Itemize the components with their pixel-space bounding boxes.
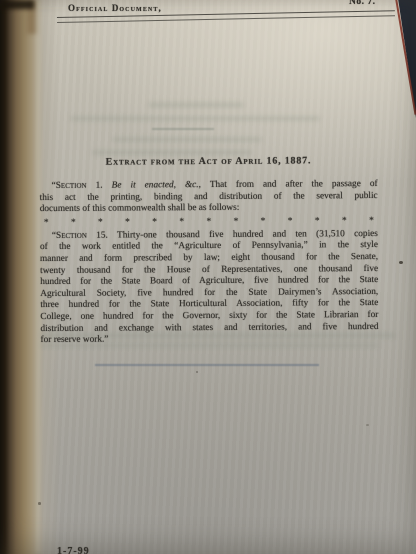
show-through-text [92, 150, 252, 155]
book-page-photo: Official Document, No. 7. Extract from t… [0, 0, 416, 554]
show-through-text [148, 102, 244, 108]
paper-speck [196, 371, 198, 373]
ellipsis-asterisk-row: * * * * * * * * * * * * * [44, 215, 374, 229]
document-title: Extract from the Act of April 16, 1887. [39, 155, 377, 168]
paper-speck [399, 261, 403, 264]
paper-speck [38, 502, 41, 505]
show-through-divider [95, 364, 319, 366]
show-through-text [70, 116, 320, 121]
printers-date-mark: 1-7-99 [57, 546, 90, 554]
section-1-paragraph: “Section 1. Be it enacted, &c., That fro… [40, 179, 378, 216]
running-header-page-number: No. 7. [349, 0, 376, 7]
top-left-shadow [0, 0, 34, 9]
section-15-paragraph: “Section 15. Thirty-one thousand five hu… [40, 229, 379, 347]
text-line: distribution and exchange with states an… [40, 321, 378, 335]
page-body: Extract from the Act of April 16, 1887. … [39, 155, 378, 347]
text-line: documents of this commonwealth shall be … [40, 202, 378, 216]
show-through-rule [152, 128, 214, 130]
running-header-left: Official Document, [68, 3, 162, 13]
show-through-text [112, 137, 262, 142]
text-line: for reserve work.” [41, 333, 379, 347]
paper-stain [366, 424, 369, 426]
